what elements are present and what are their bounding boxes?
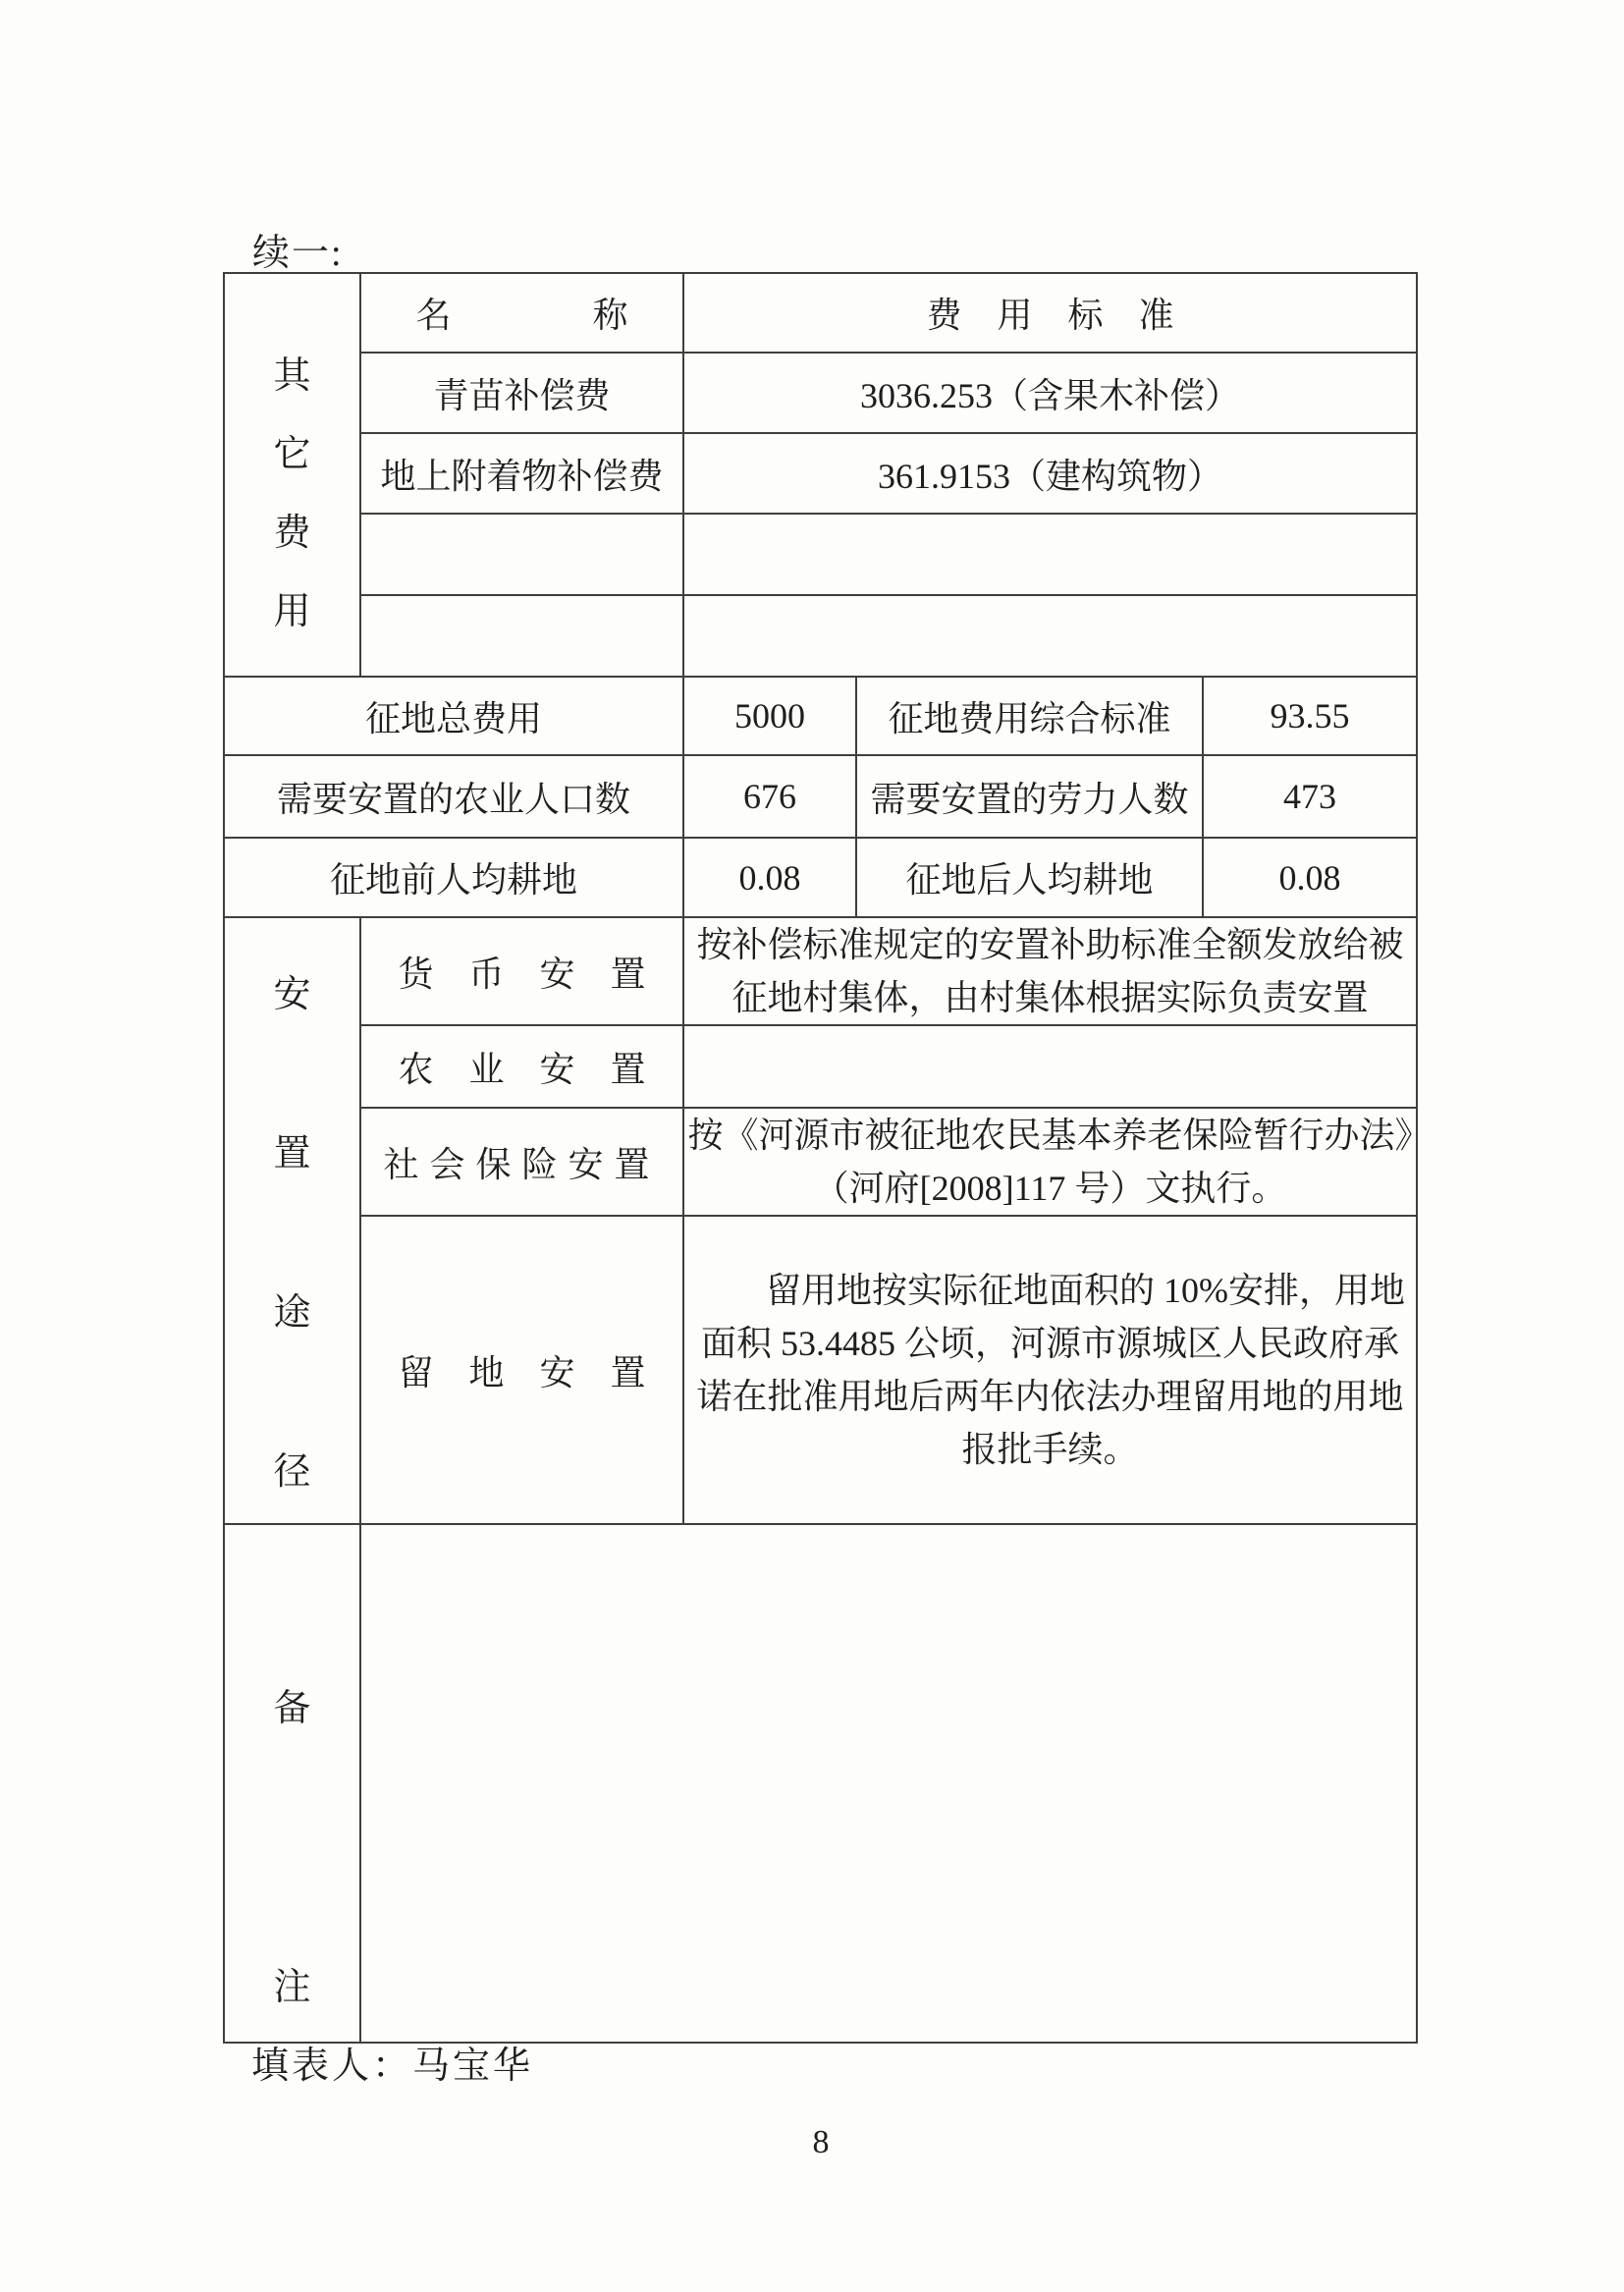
- table-row: 安 置 途 径 货 币 安 置 按补偿标准规定的安置补助标准全额发放给被征地村集…: [224, 917, 1417, 1025]
- table-row: 需要安置的农业人口数 676 需要安置的劳力人数 473: [224, 755, 1417, 838]
- table-row: 留 地 安 置 留用地按实际征地面积的 10%安排，用地面积 53.4485 公…: [224, 1216, 1417, 1524]
- group-label-char: 它: [273, 436, 310, 473]
- reserved-land-resettlement-desc-cell: 留用地按实际征地面积的 10%安排，用地面积 53.4485 公顷，河源市源城区…: [683, 1216, 1417, 1524]
- table-row: 征地总费用 5000 征地费用综合标准 93.55: [224, 677, 1417, 755]
- group-label-char: 备: [273, 1690, 310, 1727]
- page-number: 8: [0, 2124, 1624, 2161]
- labor-count-label-cell: 需要安置的劳力人数: [856, 755, 1203, 838]
- monetary-resettlement-desc-cell: 按补偿标准规定的安置补助标准全额发放给被征地村集体，由村集体根据实际负责安置: [683, 917, 1417, 1025]
- group-label-char: 途: [273, 1294, 310, 1332]
- other-fees-group-label: 其 它 费 用: [225, 357, 359, 630]
- farmland-before-value-cell: 0.08: [683, 838, 856, 917]
- fee-standard-cell-empty: [683, 595, 1417, 677]
- farmland-after-value-cell: 0.08: [1203, 838, 1417, 917]
- composite-standard-label-cell: 征地费用综合标准: [856, 677, 1203, 755]
- table-row: 社会保险安置 按《河源市被征地农民基本养老保险暂行办法》（河府[2008]117…: [224, 1108, 1417, 1216]
- group-label-char: 注: [273, 1969, 310, 2006]
- group-label-char: 用: [273, 593, 310, 630]
- resettlement-group-label-cell: 安 置 途 径: [224, 917, 360, 1524]
- group-label-char: 其: [273, 357, 310, 395]
- other-fees-group-label-cell: 其 它 费 用: [224, 273, 360, 677]
- group-label-char: 置: [273, 1135, 310, 1173]
- fee-name-cell-empty: [360, 514, 683, 595]
- social-insurance-resettlement-desc-cell: 按《河源市被征地农民基本养老保险暂行办法》（河府[2008]117 号）文执行。: [683, 1108, 1417, 1216]
- table-row: 其 它 费 用 名 称 费 用 标 准: [224, 273, 1417, 353]
- monetary-resettlement-label-cell: 货 币 安 置: [360, 917, 683, 1025]
- document-page: 续一: 其 它 费 用 名 称 费 用 标 准 青苗补偿费 3: [0, 0, 1624, 2292]
- table-row: 青苗补偿费 3036.253（含果木补偿）: [224, 353, 1417, 433]
- fee-name-cell: 地上附着物补偿费: [360, 433, 683, 514]
- farmland-before-label-cell: 征地前人均耕地: [224, 838, 683, 917]
- agricultural-resettlement-label-cell: 农 业 安 置: [360, 1025, 683, 1108]
- labor-count-value-cell: 473: [1203, 755, 1417, 838]
- fee-name-cell-empty: [360, 595, 683, 677]
- group-label-char: 安: [273, 976, 310, 1013]
- table-row: [224, 514, 1417, 595]
- farmland-after-label-cell: 征地后人均耕地: [856, 838, 1203, 917]
- agri-population-label-cell: 需要安置的农业人口数: [224, 755, 683, 838]
- total-cost-value-cell: 5000: [683, 677, 856, 755]
- remarks-content-cell: [360, 1524, 1417, 2043]
- resettlement-group-label: 安 置 途 径: [225, 976, 359, 1491]
- agricultural-resettlement-desc-cell: [683, 1025, 1417, 1108]
- composite-standard-value-cell: 93.55: [1203, 677, 1417, 755]
- land-acquisition-table: 其 它 费 用 名 称 费 用 标 准 青苗补偿费 3036.253（含果木补偿…: [223, 272, 1418, 2044]
- table-row: [224, 595, 1417, 677]
- form-filler-line: 填表人：马宝华: [251, 2035, 533, 2089]
- table-row: 备 注: [224, 1524, 1417, 2043]
- fee-standard-cell: 361.9153（建构筑物）: [683, 433, 1417, 514]
- remarks-group-label-cell: 备 注: [224, 1524, 360, 2043]
- fee-name-header-cell: 名 称: [360, 273, 683, 353]
- fee-standard-cell-empty: [683, 514, 1417, 595]
- fee-name-cell: 青苗补偿费: [360, 353, 683, 433]
- table-row: 农 业 安 置: [224, 1025, 1417, 1108]
- group-label-char: 费: [273, 515, 310, 552]
- fee-standard-cell: 3036.253（含果木补偿）: [683, 353, 1417, 433]
- remarks-group-label: 备 注: [225, 1690, 359, 2006]
- group-label-char: 径: [273, 1453, 310, 1491]
- continuation-label: 续一:: [252, 222, 344, 276]
- total-cost-label-cell: 征地总费用: [224, 677, 683, 755]
- social-insurance-resettlement-label-cell: 社会保险安置: [360, 1108, 683, 1216]
- agri-population-value-cell: 676: [683, 755, 856, 838]
- table-row: 地上附着物补偿费 361.9153（建构筑物）: [224, 433, 1417, 514]
- reserved-land-resettlement-label-cell: 留 地 安 置: [360, 1216, 683, 1524]
- table-row: 征地前人均耕地 0.08 征地后人均耕地 0.08: [224, 838, 1417, 917]
- fee-standard-header-cell: 费 用 标 准: [683, 273, 1417, 353]
